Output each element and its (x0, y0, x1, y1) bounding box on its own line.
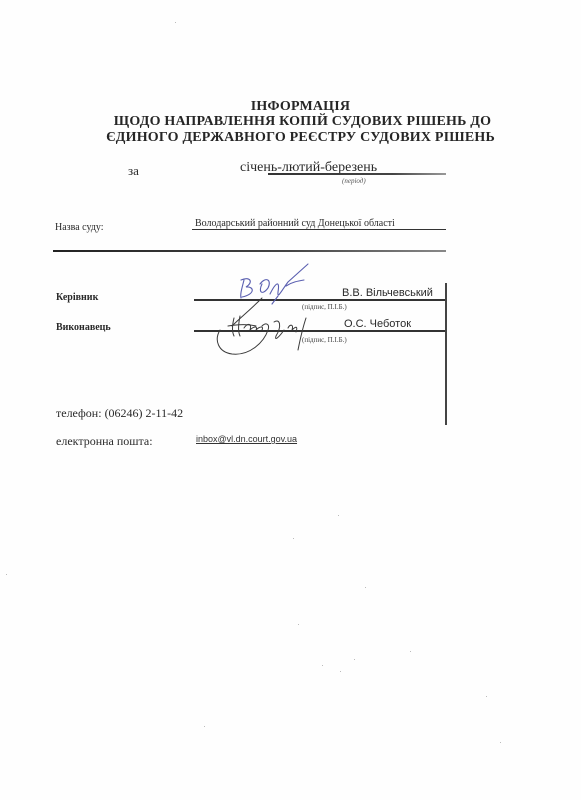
period-prefix: за (128, 163, 139, 179)
head-signature-caption: (підпис, П.І.Б.) (302, 303, 347, 311)
document-title: ІНФОРМАЦІЯ (10, 99, 581, 115)
scan-speck (204, 726, 205, 727)
scan-speck (340, 671, 341, 672)
scan-speck (410, 651, 411, 652)
scan-speck (486, 696, 487, 697)
period-underline (268, 173, 446, 175)
right-border-line (445, 283, 447, 425)
scan-speck (175, 22, 176, 23)
executor-signature-caption: (підпис, П.І.Б.) (302, 336, 347, 344)
scan-speck (354, 659, 355, 660)
document-subtitle-line-1: ЩОДО НАПРАВЛЕННЯ КОПІЙ СУДОВИХ РІШЕНЬ ДО (12, 114, 581, 130)
scan-speck (298, 624, 299, 625)
scanned-document-page: ІНФОРМАЦІЯ ЩОДО НАПРАВЛЕННЯ КОПІЙ СУДОВИ… (0, 0, 581, 800)
head-signature-line (194, 299, 446, 301)
email-label: електронна пошта: (56, 434, 153, 449)
scan-speck (365, 587, 366, 588)
document-subtitle-line-2: ЄДИНОГО ДЕРЖАВНОГО РЕЄСТРУ СУДОВИХ РІШЕН… (10, 130, 581, 146)
executor-signature-line (194, 330, 446, 332)
scan-speck (322, 665, 323, 666)
court-name-value: Володарський районний суд Донецької обла… (195, 218, 395, 229)
scan-speck (500, 742, 501, 743)
court-name-underline (192, 229, 446, 230)
scan-speck (6, 574, 7, 575)
section-divider (53, 250, 446, 252)
email-link[interactable]: inbox@vl.dn.court.gov.ua (196, 434, 297, 444)
court-name-label: Назва суду: (55, 222, 104, 233)
head-role-label: Керівник (56, 292, 98, 303)
executor-role-label: Виконавець (56, 322, 111, 333)
head-name: В.В. Вільчевський (342, 287, 433, 299)
period-caption: (період) (342, 177, 366, 185)
scan-speck (293, 538, 294, 539)
scan-speck (338, 515, 339, 516)
executor-name: О.С. Чеботок (344, 318, 411, 330)
phone-number: телефон: (06246) 2-11-42 (56, 406, 183, 421)
